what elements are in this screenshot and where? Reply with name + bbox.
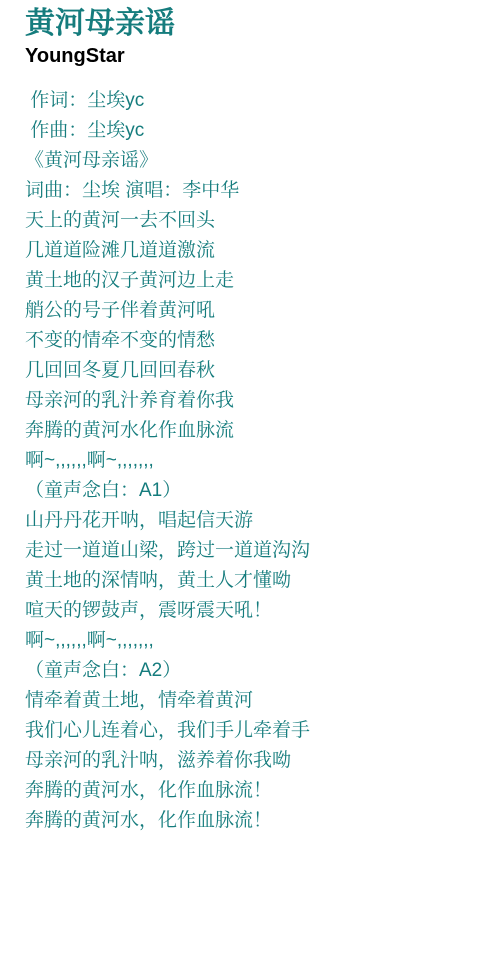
lyric-line: 作词：尘埃yc — [25, 86, 482, 116]
lyric-line: 母亲河的乳汁呐，滋养着你我呦 — [25, 746, 482, 776]
lyric-line: 啊~,,,,,,啊~,,,,,,, — [25, 446, 482, 476]
lyrics-list: 作词：尘埃yc 作曲：尘埃yc《黄河母亲谣》词曲：尘埃 演唱：李中华天上的黄河一… — [25, 86, 482, 836]
lyric-line: （童声念白：A2） — [25, 656, 482, 686]
lyric-line: 不变的情牵不变的情愁 — [25, 326, 482, 356]
lyric-line: 喧天的锣鼓声，震呀震天吼！ — [25, 596, 482, 626]
lyric-line: （童声念白：A1） — [25, 476, 482, 506]
lyric-line: 啊~,,,,,,啊~,,,,,,, — [25, 626, 482, 656]
lyric-line: 奔腾的黄河水，化作血脉流！ — [25, 806, 482, 836]
lyric-line: 词曲：尘埃 演唱：李中华 — [25, 176, 482, 206]
artist-name: YoungStar — [25, 44, 482, 68]
lyric-line: 母亲河的乳汁养育着你我 — [25, 386, 482, 416]
lyric-line: 几道道险滩几道道激流 — [25, 236, 482, 266]
lyric-line: 我们心儿连着心，我们手儿牵着手 — [25, 716, 482, 746]
lyric-line: 艄公的号子伴着黄河吼 — [25, 296, 482, 326]
lyrics-page: 黄河母亲谣 YoungStar 作词：尘埃yc 作曲：尘埃yc《黄河母亲谣》词曲… — [0, 0, 500, 836]
page-title: 黄河母亲谣 — [25, 5, 482, 43]
lyric-line: 黄土地的汉子黄河边上走 — [25, 266, 482, 296]
lyric-line: 情牵着黄土地，情牵着黄河 — [25, 686, 482, 716]
lyric-line: 作曲：尘埃yc — [25, 116, 482, 146]
lyric-line: 天上的黄河一去不回头 — [25, 206, 482, 236]
lyric-line: 山丹丹花开呐，唱起信天游 — [25, 506, 482, 536]
lyric-line: 几回回冬夏几回回春秋 — [25, 356, 482, 386]
lyric-line: 《黄河母亲谣》 — [25, 146, 482, 176]
lyric-line: 奔腾的黄河水，化作血脉流！ — [25, 776, 482, 806]
lyric-line: 黄土地的深情呐，黄土人才懂呦 — [25, 566, 482, 596]
lyric-line: 走过一道道山梁，跨过一道道沟沟 — [25, 536, 482, 566]
lyric-line: 奔腾的黄河水化作血脉流 — [25, 416, 482, 446]
